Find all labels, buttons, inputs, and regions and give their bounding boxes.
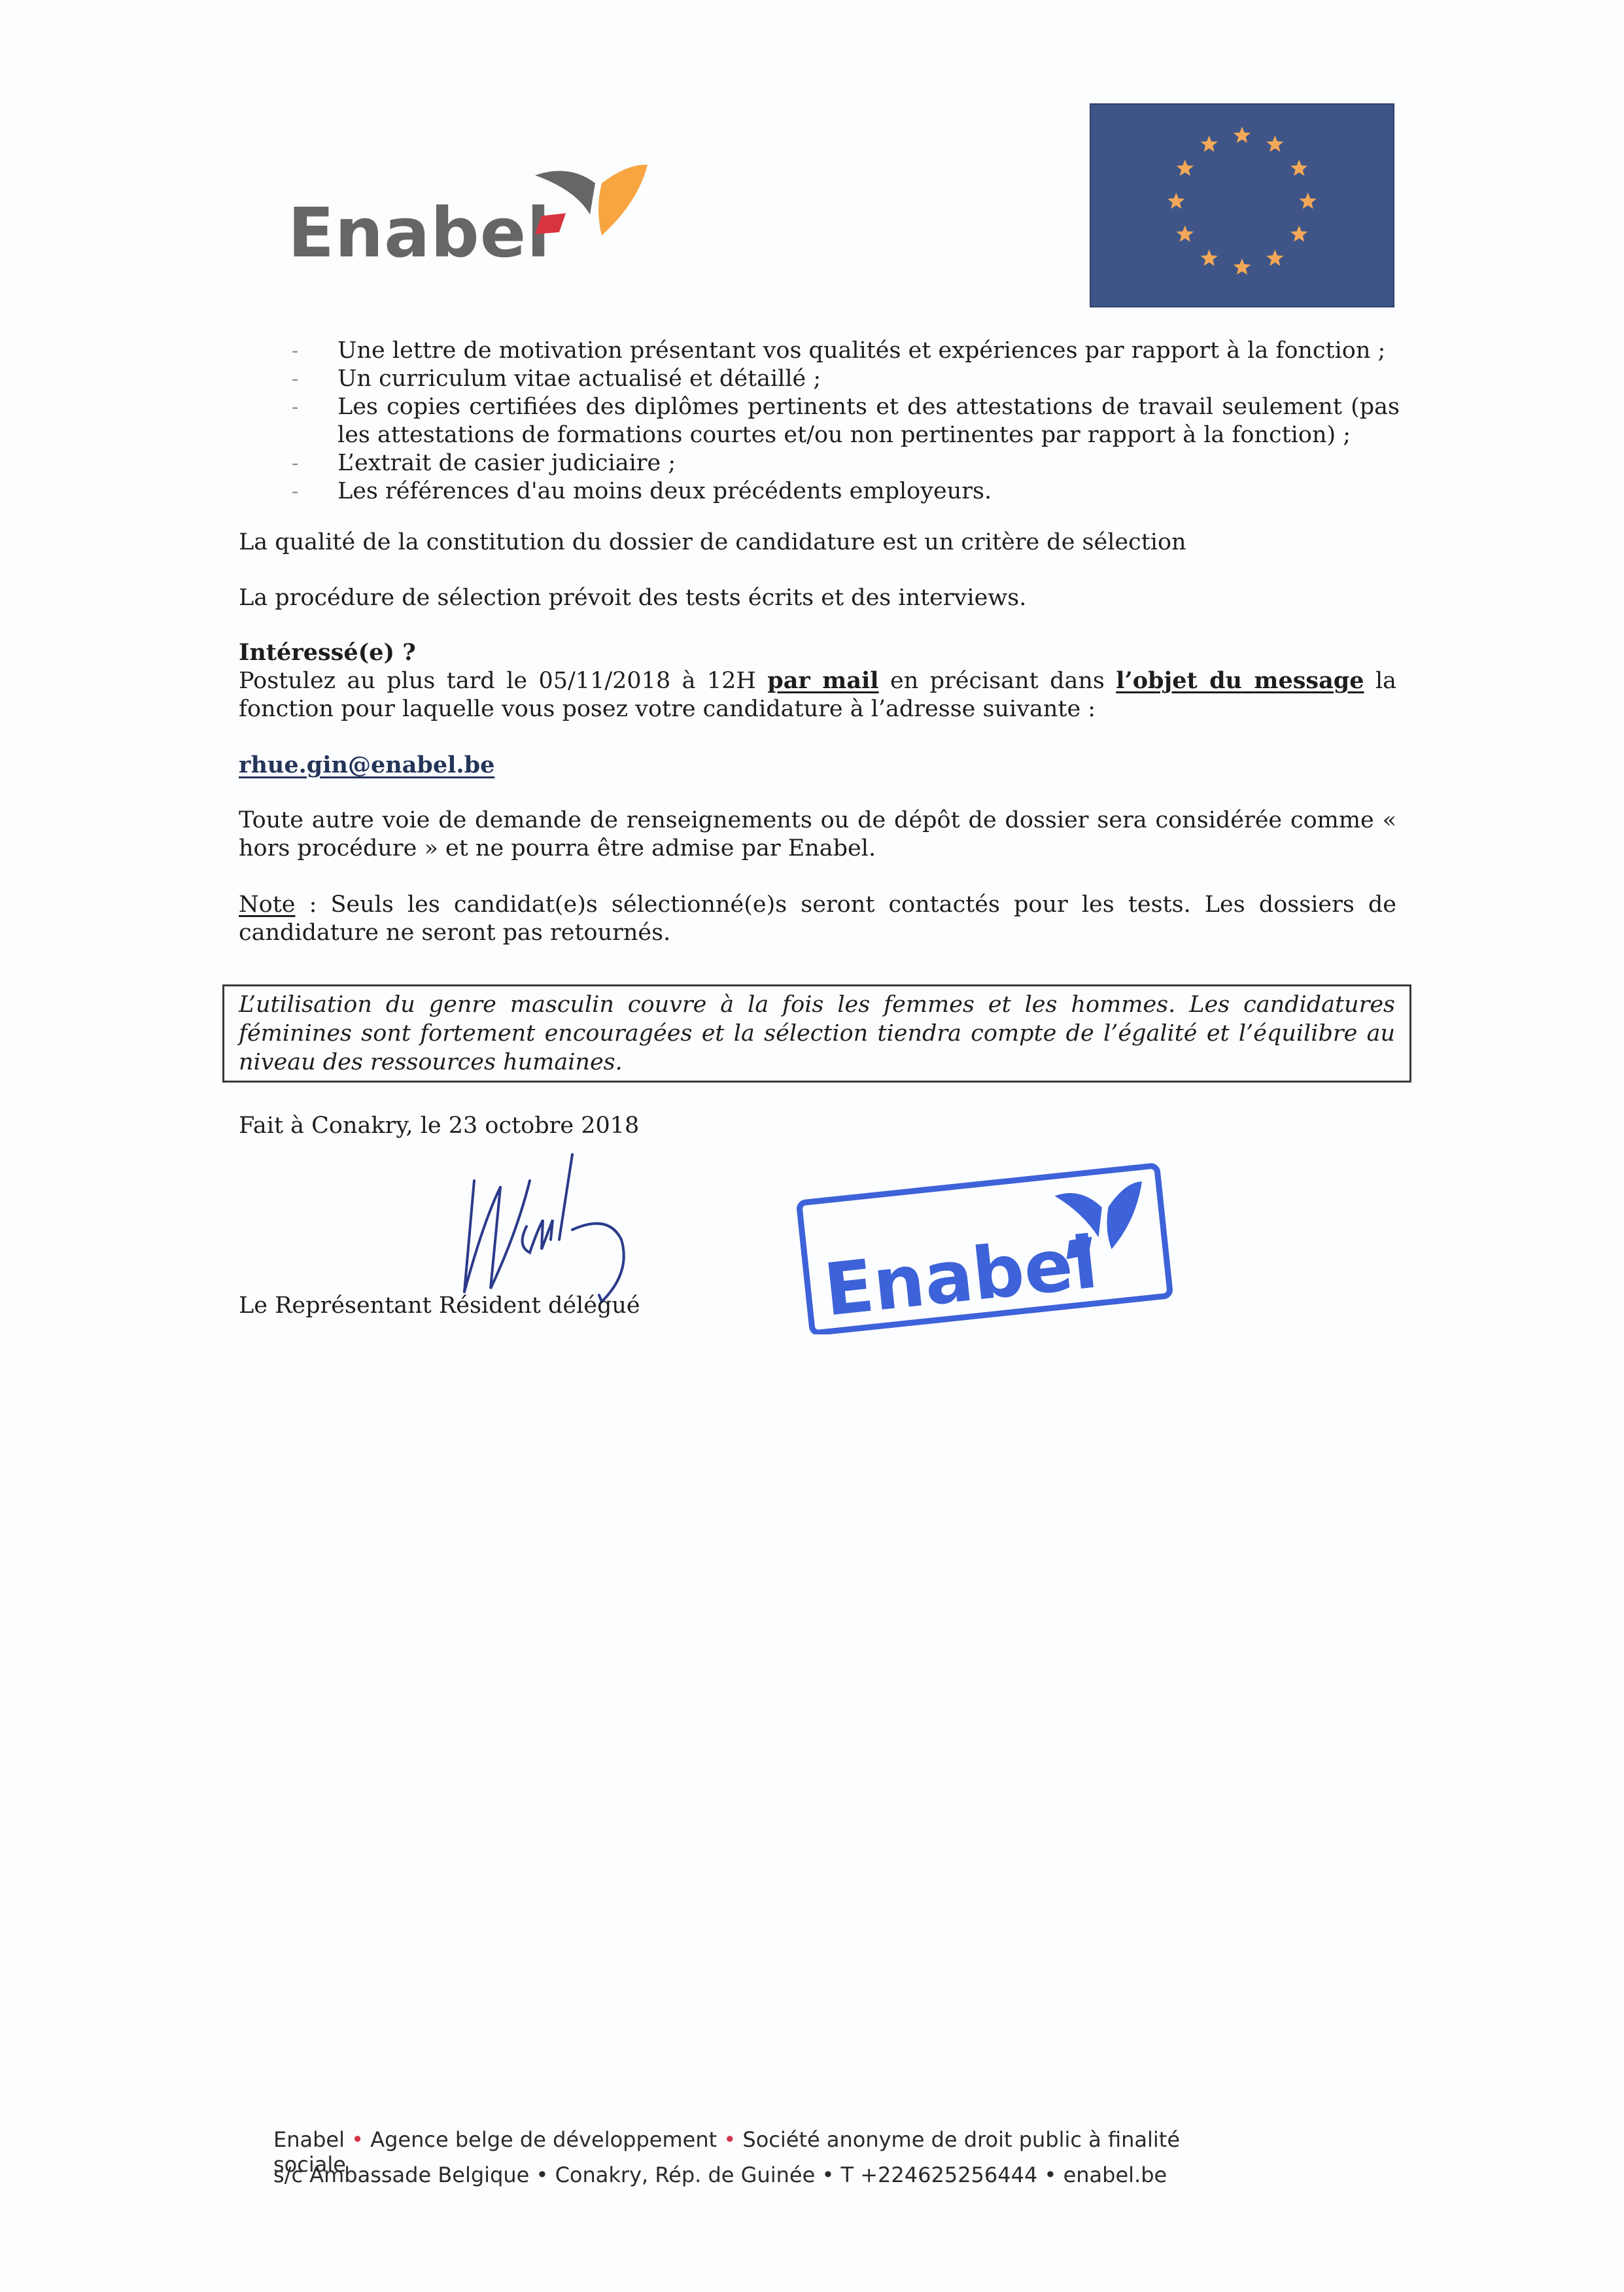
footer-line-2: s/c Ambassade Belgique • Conakry, Rép. d… <box>273 2162 1254 2187</box>
bullet-dash-icon: - <box>292 393 298 421</box>
eu-flag <box>1090 103 1394 307</box>
email-link[interactable]: rhue.gin@enabel.be <box>239 751 1396 779</box>
apply-text-1: Postulez au plus tard le 05/11/2018 à 12… <box>239 668 767 694</box>
list-item-text: L’extrait de casier judiciaire ; <box>337 450 676 476</box>
list-item-text: Les références d'au moins deux précédent… <box>337 478 992 504</box>
note-paragraph: Note : Seuls les candidat(e)s sélectionn… <box>239 891 1396 947</box>
other-channels-paragraph: Toute autre voie de demande de renseigne… <box>239 807 1396 863</box>
bullet-dash-icon: - <box>292 337 298 365</box>
list-item: -Une lettre de motivation présentant vos… <box>288 337 1400 365</box>
footer-agency: Agence belge de développement <box>370 2127 717 2152</box>
logo-text: Enabel <box>288 193 551 273</box>
bullet-dash-icon: - <box>292 449 298 477</box>
bullet-dash-icon: - <box>292 365 298 393</box>
apply-text-2: en précisant dans <box>879 668 1116 694</box>
list-item: -Les références d'au moins deux précéden… <box>288 477 1400 506</box>
bullet-dash-icon: - <box>292 477 298 506</box>
footer-separator: • <box>723 2127 736 2152</box>
subject-emphasis: l’objet du message <box>1116 667 1364 694</box>
signature-image <box>445 1141 654 1305</box>
footer-separator: • <box>351 2127 364 2152</box>
list-item-text: Les copies certifiées des diplômes perti… <box>337 394 1400 448</box>
enabel-logo: Enabel <box>288 157 654 275</box>
footer-org: Enabel <box>273 2127 345 2152</box>
requirements-list: -Une lettre de motivation présentant vos… <box>288 337 1400 506</box>
apply-paragraph: Postulez au plus tard le 05/11/2018 à 12… <box>239 667 1396 723</box>
procedure-paragraph: La procédure de sélection prévoit des te… <box>239 584 1396 612</box>
signer-title: Le Représentant Résident délégué <box>239 1292 1396 1320</box>
by-mail-emphasis: par mail <box>767 667 878 694</box>
list-item: -L’extrait de casier judiciaire ; <box>288 449 1400 477</box>
quality-paragraph: La qualité de la constitution du dossier… <box>239 529 1396 557</box>
list-item-text: Un curriculum vitae actualisé et détaill… <box>337 366 821 392</box>
enabel-bird-icon <box>530 157 654 262</box>
interest-heading: Intéressé(e) ? <box>239 638 1396 667</box>
eu-stars-icon <box>1091 105 1393 306</box>
gender-notice-box: L’utilisation du genre masculin couvre à… <box>222 984 1411 1083</box>
list-item: -Les copies certifiées des diplômes pert… <box>288 393 1400 449</box>
place-date: Fait à Conakry, le 23 octobre 2018 <box>239 1112 1396 1140</box>
note-label: Note <box>239 892 295 918</box>
list-item: -Un curriculum vitae actualisé et détail… <box>288 365 1400 393</box>
list-item-text: Une lettre de motivation présentant vos … <box>337 338 1385 364</box>
note-text: : Seuls les candidat(e)s sélectionné(e)s… <box>239 892 1396 946</box>
